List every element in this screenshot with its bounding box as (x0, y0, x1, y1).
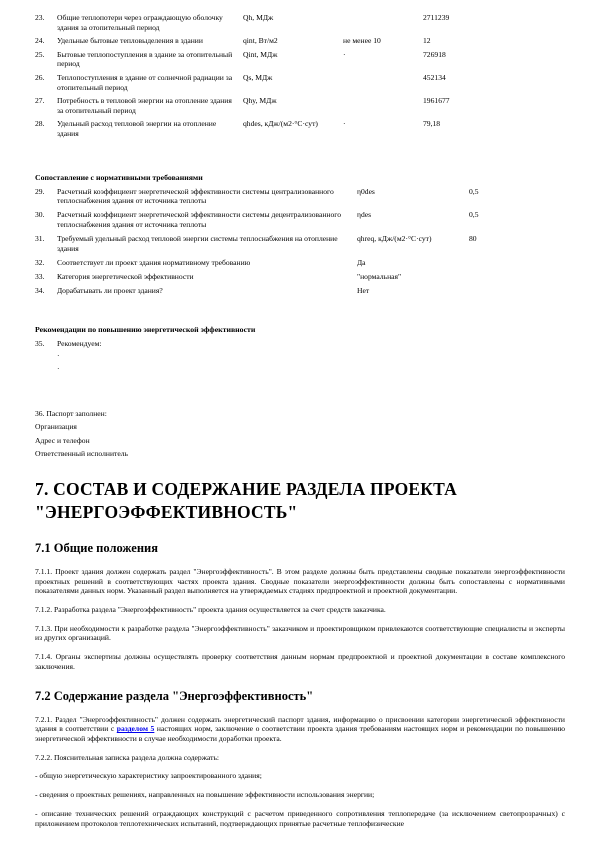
table-row: 34. Дорабатывать ли проект здания? Нет (35, 286, 565, 296)
section-5-link[interactable]: разделом 5 (117, 724, 155, 733)
row-number: 28. (35, 119, 57, 138)
row-symbol: Qs, МДж (243, 73, 343, 92)
row-norm-value (343, 73, 423, 92)
row-number: 27. (35, 96, 57, 115)
section-7-title-line1: 7. СОСТАВ И СОДЕРЖАНИЕ РАЗДЕЛА ПРОЕКТА (35, 479, 457, 499)
row-label: Категория энергетической эффективности (57, 272, 357, 282)
table-row: 33. Категория энергетической эффективнос… (35, 272, 565, 282)
responsible-executor-label: Ответственный исполнитель (35, 447, 565, 461)
bullet-technical-solutions: - описание технических решений ограждающ… (35, 809, 565, 828)
table-row: 30. Расчетный коэффициент энергетической… (35, 210, 565, 229)
row-symbol: qhdes, кДж/(м2·°С·сут) (243, 119, 343, 138)
bullet-design-solutions: - сведения о проектных решениях, направл… (35, 790, 565, 800)
row-number: 33. (35, 272, 57, 282)
row-actual-value: 12 (423, 36, 565, 46)
row-actual-value: 0,5 (469, 187, 565, 206)
row-symbol: Да (357, 258, 469, 268)
table-row: 32. Соответствует ли проект здания норма… (35, 258, 565, 268)
row-actual-value (469, 286, 565, 296)
row-actual-value: 726918 (423, 50, 565, 69)
passport-filled-label: 36. Паспорт заполнен: (35, 407, 565, 421)
row-norm-value: · (343, 50, 423, 69)
paragraph-7-1-4: 7.1.4. Органы экспертизы должны осуществ… (35, 652, 565, 671)
row-number: 24. (35, 36, 57, 46)
row-number: 34. (35, 286, 57, 296)
row-number: 29. (35, 187, 57, 206)
row-label: Расчетный коэффициент энергетической эфф… (57, 187, 357, 206)
row-label: Требуемый удельный расход тепловой энерг… (57, 234, 357, 253)
row-actual-value: 1961677 (423, 96, 565, 115)
recommendation-bullet: · (57, 349, 565, 362)
passport-footer: 36. Паспорт заполнен: Организация Адрес … (35, 407, 565, 461)
address-phone-label: Адрес и телефон (35, 434, 565, 448)
row-symbol: Qh, МДж (243, 13, 343, 32)
recommendations-section: Рекомендации по повышению энергетической… (35, 325, 565, 375)
table-row: 35. Рекомендуем: (35, 339, 565, 349)
passport-table: 23. Общие теплопотери через ограждающую … (35, 13, 565, 139)
row-norm-value: не менее 10 (343, 36, 423, 46)
row-label: Соответствует ли проект здания нормативн… (57, 258, 357, 268)
table-row: 27. Потребность в тепловой энергии на от… (35, 96, 565, 115)
row-symbol: η0des (357, 187, 469, 206)
row-actual-value: 80 (469, 234, 565, 253)
section-7-title-line2: "ЭНЕРГОЭФФЕКТИВНОСТЬ" (35, 502, 297, 522)
row-number: 32. (35, 258, 57, 268)
row-actual-value (469, 272, 565, 282)
row-label: Расчетный коэффициент энергетической эфф… (57, 210, 357, 229)
paragraph-7-1-1: 7.1.1. Проект здания должен содержать ра… (35, 567, 565, 596)
table-row: 28. Удельный расход тепловой энергии на … (35, 119, 565, 138)
paragraph-7-1-3: 7.1.3. При необходимости к разработке ра… (35, 624, 565, 643)
row-label: Потребность в тепловой энергии на отопле… (57, 96, 243, 115)
row-label: Рекомендуем: (57, 339, 565, 349)
table-row: 24. Удельные бытовые тепловыделения в зд… (35, 36, 565, 46)
row-number: 23. (35, 13, 57, 32)
section-7-1-title: 7.1 Общие положения (35, 541, 565, 556)
paragraph-7-2-1: 7.2.1. Раздел "Энергоэффективность" долж… (35, 715, 565, 744)
row-actual-value: 79,18 (423, 119, 565, 138)
row-label: Бытовые теплопоступления в здание за ото… (57, 50, 243, 69)
row-label: Удельный расход тепловой энергии на отоп… (57, 119, 243, 138)
row-symbol: qint, Вт/м2 (243, 36, 343, 46)
row-norm-value: · (343, 119, 423, 138)
row-number: 25. (35, 50, 57, 69)
bullet-general-characteristic: - общую энергетическую характеристику за… (35, 771, 565, 781)
section-7-title: 7. СОСТАВ И СОДЕРЖАНИЕ РАЗДЕЛА ПРОЕКТА"Э… (35, 478, 565, 524)
row-symbol: "нормальная" (357, 272, 469, 282)
recommendations-heading: Рекомендации по повышению энергетической… (35, 325, 565, 335)
organization-label: Организация (35, 420, 565, 434)
row-symbol: Qint, МДж (243, 50, 343, 69)
comparison-heading: Сопоставление с нормативными требованиям… (35, 173, 565, 183)
row-actual-value: 2711239 (423, 13, 565, 32)
table-row: 25. Бытовые теплопоступления в здание за… (35, 50, 565, 69)
recommendation-bullet: · (57, 362, 565, 375)
comparison-table: 29. Расчетный коэффициент энергетической… (35, 187, 565, 296)
row-symbol: qhreq, кДж/(м2·°С·сут) (357, 234, 469, 253)
row-actual-value: 452134 (423, 73, 565, 92)
row-symbol: Qhy, МДж (243, 96, 343, 115)
section-7-2-title: 7.2 Содержание раздела "Энергоэффективно… (35, 689, 565, 704)
row-symbol: ηdes (357, 210, 469, 229)
row-label: Общие теплопотери через ограждающую обол… (57, 13, 243, 32)
table-row: 23. Общие теплопотери через ограждающую … (35, 13, 565, 32)
paragraph-7-1-2: 7.1.2. Разработка раздела "Энергоэффекти… (35, 605, 565, 615)
row-actual-value: 0,5 (469, 210, 565, 229)
table-row: 29. Расчетный коэффициент энергетической… (35, 187, 565, 206)
row-norm-value (343, 96, 423, 115)
row-symbol: Нет (357, 286, 469, 296)
row-number: 30. (35, 210, 57, 229)
row-label: Дорабатывать ли проект здания? (57, 286, 357, 296)
row-norm-value (343, 13, 423, 32)
row-label: Удельные бытовые тепловыделения в здании (57, 36, 243, 46)
row-label: Теплопоступления в здание от солнечной р… (57, 73, 243, 92)
paragraph-7-2-2: 7.2.2. Пояснительная записка раздела дол… (35, 753, 565, 763)
row-actual-value (469, 258, 565, 268)
row-number: 35. (35, 339, 57, 349)
table-row: 26. Теплопоступления в здание от солнечн… (35, 73, 565, 92)
comparison-section: Сопоставление с нормативными требованиям… (35, 173, 565, 296)
row-number: 31. (35, 234, 57, 253)
document-page: 23. Общие теплопотери через ограждающую … (0, 0, 595, 842)
table-row: 31. Требуемый удельный расход тепловой э… (35, 234, 565, 253)
row-number: 26. (35, 73, 57, 92)
